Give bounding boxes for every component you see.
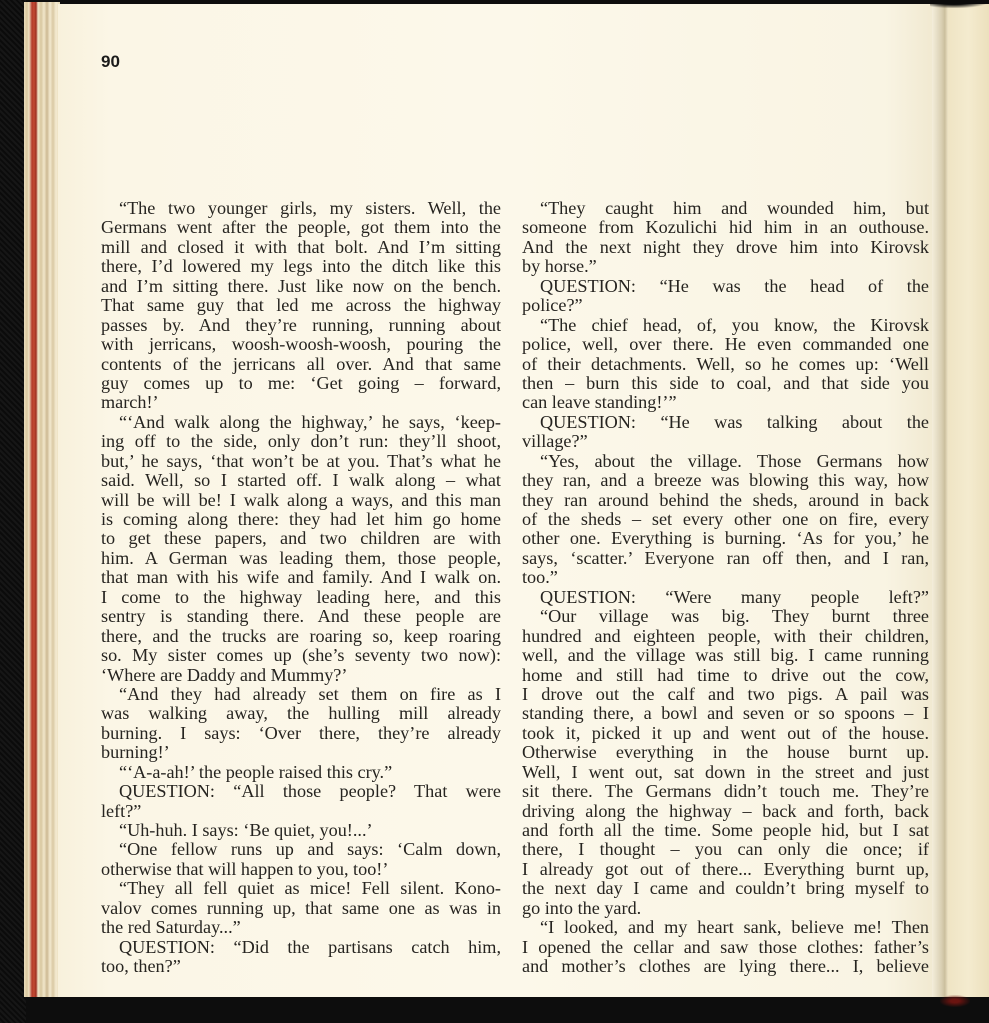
text-line: was walking away, the hulling mill alrea… xyxy=(101,704,501,723)
text-line: is coming along there: they had let him … xyxy=(101,510,501,529)
text-line: the next day I came and couldn’t bring m… xyxy=(522,879,929,898)
text-line: Germans went after the people, got them … xyxy=(101,218,501,237)
text-line: “The chief head, of, you know, the Kirov… xyxy=(522,316,929,335)
text-line: of their detachments. Well, so he comes … xyxy=(522,355,929,374)
text-line: there, I thought – you can only die once… xyxy=(522,840,929,859)
text-line: to get these papers, and two children ar… xyxy=(101,529,501,548)
text-line: mill and closed it with that bolt. And I… xyxy=(101,238,501,257)
text-line: by horse.” xyxy=(522,257,929,276)
text-line: “They caught him and wounded him, but xyxy=(522,199,929,218)
text-line: contents of the jerricans all over. And … xyxy=(101,355,501,374)
text-line: well, and the village was still big. I c… xyxy=(522,646,929,665)
page-number: 90 xyxy=(101,52,120,72)
text-line: and forth all the time. Some people hid,… xyxy=(522,821,929,840)
text-line: other one. Everything is burning. ‘As fo… xyxy=(522,529,929,548)
text-line: there, and the trucks are roaring so, ke… xyxy=(101,627,501,646)
text-line: “One fellow runs up and says: ‘Calm down… xyxy=(101,840,501,859)
text-line: QUESTION: “He was the head of the xyxy=(522,277,929,296)
text-line: so. My sister comes up (she’s seventy tw… xyxy=(101,646,501,665)
text-line: QUESTION: “He was talking about the xyxy=(522,413,929,432)
text-line: valov comes running up, that same one as… xyxy=(101,899,501,918)
text-line: with jerricans, woosh-woosh-woosh, pouri… xyxy=(101,335,501,354)
text-line: Otherwise everything in the house burnt … xyxy=(522,743,929,762)
text-line: sit there. The Germans didn’t touch me. … xyxy=(522,782,929,801)
page-gutter xyxy=(932,4,948,997)
text-line: him. A German was leading them, those pe… xyxy=(101,549,501,568)
text-line: “‘A-a-ah!’ the people raised this cry.” xyxy=(101,763,501,782)
text-line: said. Well, so I started off. I walk alo… xyxy=(101,471,501,490)
text-line: “They all fell quiet as mice! Fell silen… xyxy=(101,879,501,898)
text-line: took it, picked it up and went out of th… xyxy=(522,724,929,743)
text-line: can leave standing!’” xyxy=(522,393,929,412)
text-line: sentry is standing there. And these peop… xyxy=(101,607,501,626)
text-line: driving along the highway – back and for… xyxy=(522,802,929,821)
text-line: march!’ xyxy=(101,393,501,412)
text-line: the red Saturday...” xyxy=(101,918,501,937)
text-line: And the next night they drove him into K… xyxy=(522,238,929,257)
facing-page-edge xyxy=(948,4,989,997)
text-line: there, I’d lowered my legs into the ditc… xyxy=(101,257,501,276)
text-line: then – burn this side to coal, and that … xyxy=(522,374,929,393)
text-line: otherwise that will happen to you, too!’ xyxy=(101,860,501,879)
text-line: will be will be! I walk along a ways, an… xyxy=(101,491,501,510)
text-line: go into the yard. xyxy=(522,899,929,918)
text-line: burning!’ xyxy=(101,743,501,762)
text-line: “‘And walk along the highway,’ he says, … xyxy=(101,413,501,432)
text-column-right: “They caught him and wounded him, butsom… xyxy=(522,199,929,977)
text-line: home and still had time to drive out the… xyxy=(522,666,929,685)
text-line: That same guy that led me across the hig… xyxy=(101,296,501,315)
text-line: of the sheds – set every other one on fi… xyxy=(522,510,929,529)
text-line: I already got out of there... Everything… xyxy=(522,860,929,879)
text-line: burning. I says: ‘Over there, they’re al… xyxy=(101,724,501,743)
text-line: someone from Kozulichi hid him in an out… xyxy=(522,218,929,237)
text-line: ing off to the side, only don’t run: the… xyxy=(101,432,501,451)
text-line: ‘Where are Daddy and Mummy?’ xyxy=(101,666,501,685)
text-line: police, well, over there. He even comman… xyxy=(522,335,929,354)
text-line: “I looked, and my heart sank, believe me… xyxy=(522,918,929,937)
text-line: and mother’s clothes are lying there... … xyxy=(522,957,929,976)
text-line: I drove out the calf and two pigs. A pai… xyxy=(522,685,929,704)
text-line: village?” xyxy=(522,432,929,451)
text-line: passes by. And they’re running, running … xyxy=(101,316,501,335)
text-line: I opened the cellar and saw those clothe… xyxy=(522,938,929,957)
text-line: QUESTION: “Were many people left?” xyxy=(522,588,929,607)
text-line: they ran, and a breeze was blowing this … xyxy=(522,471,929,490)
text-line: and I’m sitting there. Just like now on … xyxy=(101,277,501,296)
text-line: says, ‘scatter.’ Everyone ran off then, … xyxy=(522,549,929,568)
text-line: but,’ he says, ‘that won’t be at you. Th… xyxy=(101,452,501,471)
text-line: QUESTION: “All those people? That were xyxy=(101,782,501,801)
text-line: hundred and eighteen people, with their … xyxy=(522,627,929,646)
shadow xyxy=(930,0,989,8)
text-line: “The two younger girls, my sisters. Well… xyxy=(101,199,501,218)
text-line: I come to the highway leading here, and … xyxy=(101,588,501,607)
text-line: “Yes, about the village. Those Germans h… xyxy=(522,452,929,471)
text-line: police?” xyxy=(522,296,929,315)
text-line: guy comes up to me: ‘Get going – forward… xyxy=(101,374,501,393)
text-line: they ran around behind the sheds, around… xyxy=(522,491,929,510)
book-cover-edge xyxy=(0,0,26,1023)
text-line: “And they had already set them on fire a… xyxy=(101,685,501,704)
text-line: standing there, a bowl and seven or so s… xyxy=(522,704,929,723)
text-line: left?” xyxy=(101,802,501,821)
page-edges xyxy=(24,2,60,997)
text-line: Well, I went out, sat down in the street… xyxy=(522,763,929,782)
text-line: QUESTION: “Did the partisans catch him, xyxy=(101,938,501,957)
text-line: that man with his wife and family. And I… xyxy=(101,568,501,587)
text-line: too, then?” xyxy=(101,957,501,976)
text-line: “Our village was big. They burnt three xyxy=(522,607,929,626)
binding-mark xyxy=(940,995,970,1007)
text-line: too.” xyxy=(522,568,929,587)
text-column-left: “The two younger girls, my sisters. Well… xyxy=(101,199,501,977)
text-line: “Uh-huh. I says: ‘Be quiet, you!...’ xyxy=(101,821,501,840)
